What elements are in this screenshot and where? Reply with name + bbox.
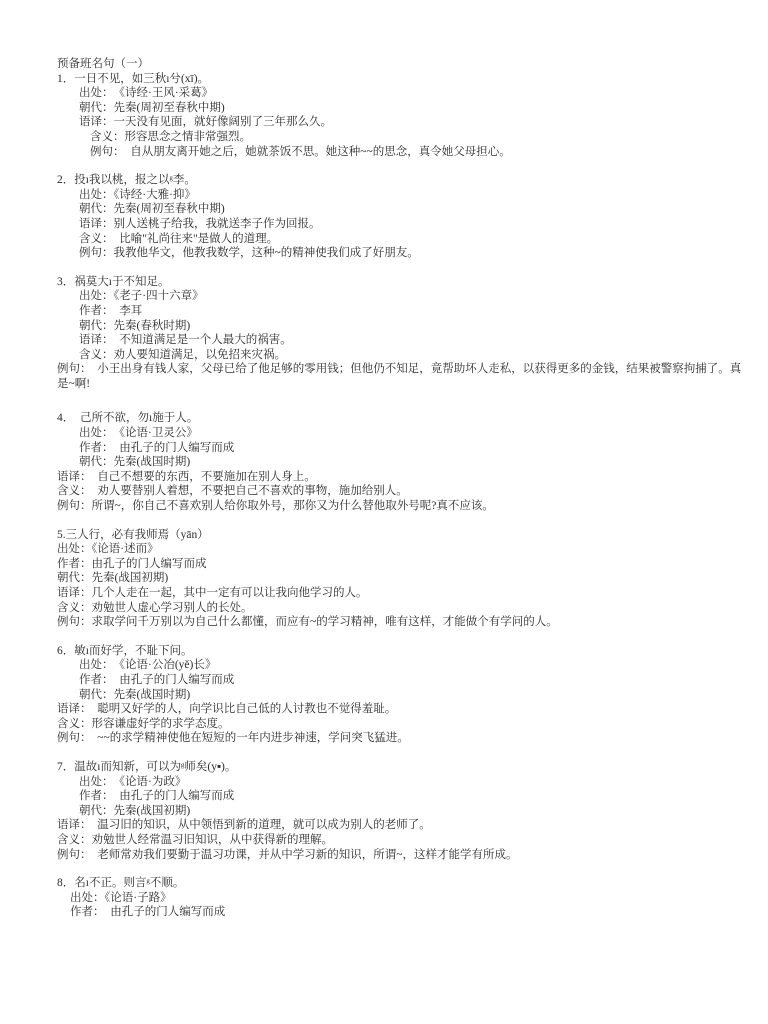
entry-title: 2．投ı我以桃，报之以ᵍ李。 xyxy=(57,173,746,188)
entry-line: 含义：形容谦虚好学的求学态度。 xyxy=(57,717,746,732)
entry-line: 语译： 温习旧的知识，从中领悟到新的道理，就可以成为别人的老师了。 xyxy=(57,818,746,833)
entry-line: 出处： 《论语·为政》 xyxy=(57,775,746,790)
entry-line: 出处：《论语·子路》 xyxy=(57,891,746,906)
entry-line: 朝代：先秦(周初至春秋中期) xyxy=(57,202,746,217)
entry-line: 语译： 自己不想要的东西，不要施加在别人身上。 xyxy=(57,470,746,485)
entry-title: 4． 己所不欲，勿ı施于人。 xyxy=(57,411,746,426)
entry-title: 3．祸莫大ı于不知足。 xyxy=(57,275,746,290)
entry-line: 出处： 《诗经·王风·采葛》 xyxy=(57,86,746,101)
entry-line: 朝代：先秦(战国初期) xyxy=(57,804,746,819)
document-page: 预备班名句（一） 1．一日不见，如三秋ı兮(xī)。出处： 《诗经·王风·采葛》… xyxy=(0,0,768,1024)
entry: 7．温故ı而知新，可以为ᵍ师矣(y▪)。出处： 《论语·为政》作者： 由孔子的门… xyxy=(57,760,746,862)
entry: 4． 己所不欲，勿ı施于人。出处： 《论语·卫灵公》作者： 由孔子的门人编写而成… xyxy=(57,411,746,513)
entry-line: 朝代：先秦(战国时期) xyxy=(57,455,746,470)
entry-line: 语译：别人送桃子给我，我就送李子作为回报。 xyxy=(57,217,746,232)
entry-line: 作者： 由孔子的门人编写而成 xyxy=(57,673,746,688)
entry-title: 7．温故ı而知新，可以为ᵍ师矣(y▪)。 xyxy=(57,760,746,775)
entry: 5.三人行，必有我师焉（yān）出处：《论语·述而》作者：由孔子的门人编写而成朝… xyxy=(57,528,746,630)
entry-line: 出处：《老子·四十六章》 xyxy=(57,289,746,304)
entry-line: 语译： 聪明又好学的人，向学识比自己低的人讨教也不觉得羞耻。 xyxy=(57,702,746,717)
entry-title: 5.三人行，必有我师焉（yān） xyxy=(57,528,746,543)
page-title: 预备班名句（一） xyxy=(57,57,746,72)
entry-line: 出处：《论语·述而》 xyxy=(57,542,746,557)
entry-line: 例句：求取学问千万别以为自己什么都懂，而应有~的学习精神，唯有这样，才能做个有学… xyxy=(57,615,746,630)
entry-title: 6．敏ı而好学，不耻下问。 xyxy=(57,644,746,659)
entry-line: 含义：劝勉世人经常温习旧知识，从中获得新的理解。 xyxy=(57,833,746,848)
entry-line: 语译： 不知道满足是一个人最大的祸害。 xyxy=(57,333,746,348)
entry-line: 朝代：先秦(战国初期) xyxy=(57,571,746,586)
entry-line: 例句： 小王出身有钱人家，父母已给了他足够的零用钱；但他仍不知足，竟帮助坏人走私… xyxy=(57,362,746,391)
entry-line: 含义： 比喻"礼尚往来"是做人的道理。 xyxy=(57,232,746,247)
entries-container: 1．一日不见，如三秋ı兮(xī)。出处： 《诗经·王风·采葛》朝代：先秦(周初至… xyxy=(57,72,746,920)
entry: 3．祸莫大ı于不知足。出处：《老子·四十六章》作者： 李耳朝代：先秦(春秋时期)… xyxy=(57,275,746,392)
entry-line: 作者： 李耳 xyxy=(57,304,746,319)
entry-line: 出处：《诗经·大雅·抑》 xyxy=(57,188,746,203)
entry-line: 含义：劝勉世人虚心学习别人的长处。 xyxy=(57,601,746,616)
entry-line: 语译：几个人走在一起，其中一定有可以让我向他学习的人。 xyxy=(57,586,746,601)
entry-line: 朝代：先秦(春秋时期) xyxy=(57,319,746,334)
entry-line: 出处： 《论语·公冶(yě)长》 xyxy=(57,658,746,673)
entry: 1．一日不见，如三秋ı兮(xī)。出处： 《诗经·王风·采葛》朝代：先秦(周初至… xyxy=(57,72,746,160)
entry-line: 例句： 自从朋友离开她之后，她就茶饭不思。她这种~~的思念，真令她父母担心。 xyxy=(57,145,746,160)
entry-line: 作者：由孔子的门人编写而成 xyxy=(57,557,746,572)
entry-line: 语译：一天没有见面，就好像阔别了三年那么久。 xyxy=(57,115,746,130)
entry-line: 作者： 由孔子的门人编写而成 xyxy=(57,441,746,456)
entry-title: 8．名ı不正。则言ᵍ不顺。 xyxy=(57,876,746,891)
entry: 6．敏ı而好学，不耻下问。出处： 《论语·公冶(yě)长》作者： 由孔子的门人编… xyxy=(57,644,746,746)
entry-line: 朝代：先秦(周初至春秋中期) xyxy=(57,101,746,116)
entry: 2．投ı我以桃，报之以ᵍ李。出处：《诗经·大雅·抑》朝代：先秦(周初至春秋中期)… xyxy=(57,173,746,261)
entry-line: 例句：所谓~，你自己不喜欢别人给你取外号，那你又为什么替他取外号呢?真不应该。 xyxy=(57,499,746,514)
entry-title: 1．一日不见，如三秋ı兮(xī)。 xyxy=(57,72,746,87)
entry-line: 朝代：先秦(战国时期) xyxy=(57,688,746,703)
entry-line: 例句： 老师常劝我们要勤于温习功课，并从中学习新的知识，所谓~，这样才能学有所成… xyxy=(57,848,746,863)
entry-line: 含义： 劝人要替别人着想，不要把自己不喜欢的事物，施加给别人。 xyxy=(57,484,746,499)
entry-line: 作者： 由孔子的门人编写而成 xyxy=(57,789,746,804)
entry-line: 例句：我教他华文，他教我数学，这种~的精神使我们成了好朋友。 xyxy=(57,246,746,261)
entry-line: 例句： ~~的求学精神使他在短短的一年内进步神速，学问突飞猛进。 xyxy=(57,731,746,746)
entry: 8．名ı不正。则言ᵍ不顺。出处：《论语·子路》作者： 由孔子的门人编写而成 xyxy=(57,876,746,920)
entry-line: 含义：形容思念之情非常强烈。 xyxy=(57,130,746,145)
entry-line: 作者： 由孔子的门人编写而成 xyxy=(57,905,746,920)
entry-line: 含义：劝人要知道满足，以免招来灾祸。 xyxy=(57,348,746,363)
entry-line: 出处： 《论语·卫灵公》 xyxy=(57,426,746,441)
